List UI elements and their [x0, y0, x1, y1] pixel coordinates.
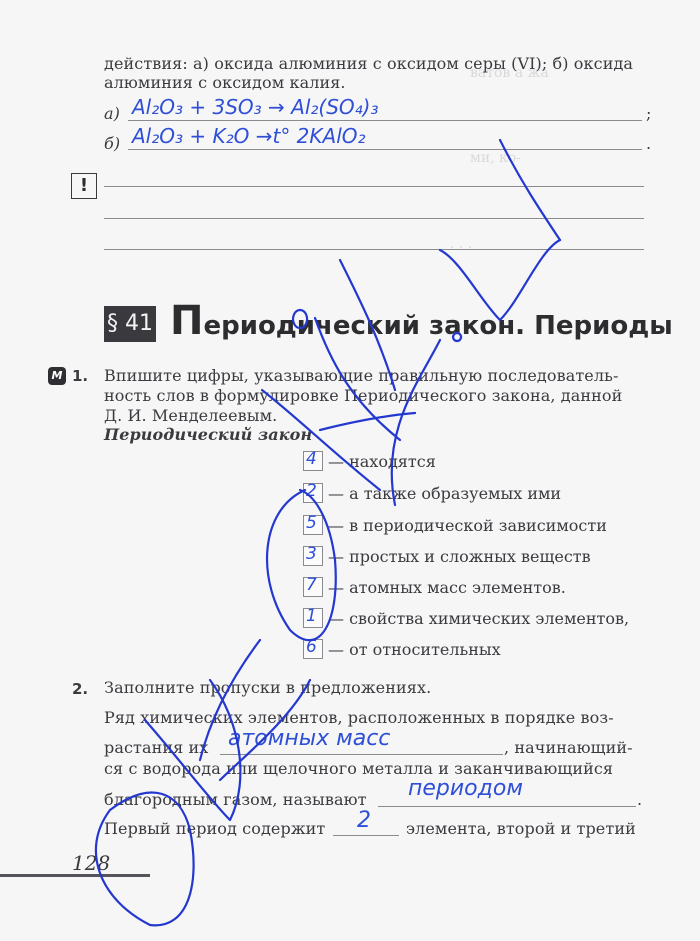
- note-line-1: [104, 186, 644, 187]
- handwritten-digit: 3: [306, 544, 317, 564]
- handwritten-answer-a[interactable]: Al₂O₃ + 3SO₃ → Al₂(SO₄)₃: [132, 95, 378, 119]
- pen-stroke: [320, 413, 415, 430]
- task1-subtitle: Периодический закон: [104, 425, 312, 445]
- task1-line-3: Д. И. Менделеевым.: [104, 406, 277, 426]
- note-line-3: [104, 249, 644, 250]
- intro-line-1: действия: а) оксида алюминия с оксидом с…: [104, 54, 633, 74]
- task2-line-5-start: Первый период содержит: [104, 819, 325, 839]
- semicolon: ;: [646, 104, 652, 124]
- task2-line-1: Ряд химических элементов, расположенных …: [104, 708, 614, 728]
- pen-stroke: [96, 793, 194, 926]
- order-box[interactable]: 7: [303, 577, 323, 597]
- handwritten-digit: 7: [306, 575, 317, 595]
- handwritten-answer-3[interactable]: 2: [357, 808, 371, 833]
- order-box[interactable]: 3: [303, 546, 323, 566]
- section-title: Периодический закон. Периоды: [170, 300, 673, 347]
- method-icon: М: [48, 367, 66, 385]
- pen-stroke: [267, 490, 336, 640]
- title-rest: ериодический закон. Периоды: [203, 311, 672, 341]
- task-number-2: 2.: [72, 680, 88, 698]
- blank-line-1: [220, 754, 503, 755]
- label-b: б): [104, 134, 120, 154]
- task2-line-5-end: элемента, второй и третий: [406, 819, 636, 839]
- task2-line-2-start: растания их: [104, 738, 208, 758]
- blank-line-3: [333, 835, 399, 836]
- answer-line-b: [128, 149, 642, 150]
- title-capital: П: [170, 298, 203, 344]
- task1-line-1: Впишите цифры, указывающие правильную по…: [104, 366, 618, 386]
- period: .: [646, 134, 651, 154]
- task2-heading: Заполните пропуски в предложениях.: [104, 678, 431, 698]
- task2-line-4-start: благородным газом, называют: [104, 790, 367, 810]
- section-badge: § 41: [104, 306, 156, 342]
- phrase: — атомных масс элементов.: [328, 578, 566, 598]
- phrase: — свойства химических элементов,: [328, 609, 629, 629]
- order-box[interactable]: 2: [303, 483, 323, 503]
- note-line-2: [104, 218, 644, 219]
- task1-line-2: ность слов в формулировке Периодического…: [104, 386, 622, 406]
- exclamation-icon: !: [71, 173, 97, 199]
- task-number-1: 1.: [72, 367, 88, 385]
- phrase: — находятся: [328, 452, 436, 472]
- bleed-through-text: ми, ко-: [470, 150, 521, 166]
- task2-line-3: ся с водорода или щелочного металла и за…: [104, 759, 613, 779]
- order-box[interactable]: 5: [303, 515, 323, 535]
- handwritten-digit: 2: [306, 481, 317, 501]
- phrase: — от относительных: [328, 640, 501, 660]
- intro-line-2: алюминия с оксидом калия.: [104, 73, 346, 93]
- handwritten-digit: 4: [306, 449, 317, 469]
- phrase: — простых и сложных веществ: [328, 547, 591, 567]
- workbook-page: ватов а жа ми, ко- · · · действия: а) ок…: [0, 0, 700, 941]
- phrase: — а также образуемых ими: [328, 484, 561, 504]
- answer-line-a: [128, 120, 642, 121]
- footer-rule: [0, 874, 150, 877]
- order-box[interactable]: 4: [303, 451, 323, 471]
- pen-stroke: [392, 340, 440, 505]
- handwritten-digit: 1: [306, 606, 317, 626]
- order-box[interactable]: 1: [303, 608, 323, 628]
- handwritten-answer-1[interactable]: атомных масс: [228, 726, 390, 751]
- handwritten-answer-2[interactable]: периодом: [408, 776, 523, 801]
- handwritten-answer-b[interactable]: Al₂O₃ + K₂O →t° 2KAlO₂: [132, 124, 366, 148]
- handwritten-digit: 5: [306, 513, 317, 533]
- task2-line-2-end: , начинающий-: [504, 738, 633, 758]
- handwritten-digit: 6: [306, 637, 317, 657]
- bleed-through-text: · · ·: [450, 240, 472, 256]
- label-a: а): [104, 104, 120, 124]
- order-box[interactable]: 6: [303, 639, 323, 659]
- blank-line-2: [378, 806, 636, 807]
- page-number: 128: [72, 851, 110, 875]
- task2-line-4-end: .: [637, 790, 642, 810]
- phrase: — в периодической зависимости: [328, 516, 607, 536]
